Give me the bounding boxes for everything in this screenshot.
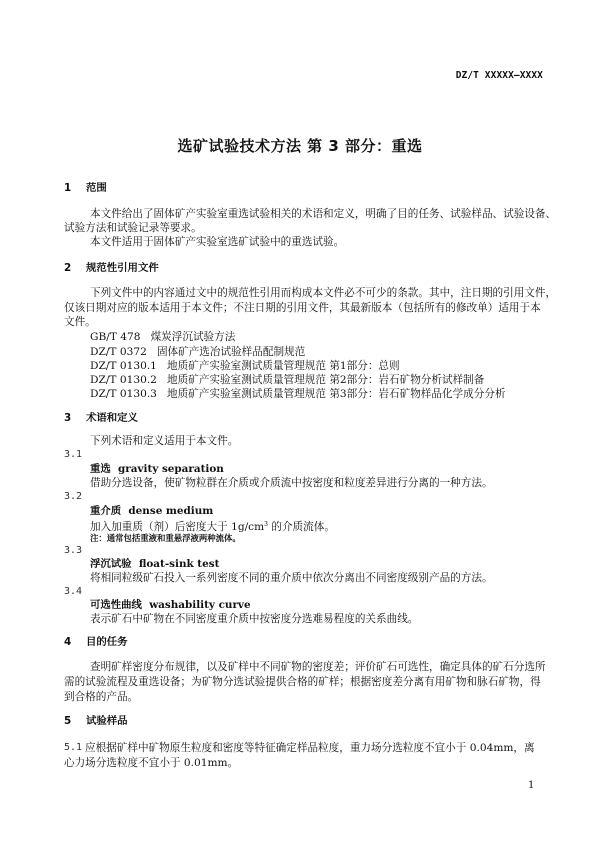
reference-title: 地质矿产实验室测试质量管理规范 第2部分：岩石矿物分析试样制备 [167, 374, 484, 386]
clause-number: 5.1 [64, 741, 82, 755]
section-4-heading: 4目的任务 [64, 635, 128, 649]
reference-code: GB/T 478 [90, 331, 140, 343]
section-title: 术语和定义 [86, 412, 138, 424]
paragraph-line: 查明矿样密度分布规律，以及矿样中不同矿物的密度差；评价矿石可选性，确定具体的矿石… [90, 660, 546, 674]
section-2-heading: 2规范性引用文件 [64, 261, 159, 275]
paragraph-line: 心力场分选粒度不宜小于 0.01mm。 [64, 756, 238, 770]
term-heading: 浮沉试验 float-sink test [90, 557, 219, 571]
term-note: 注：通常包括重液和重悬浮液两种流体。 [90, 531, 241, 545]
section-3-heading: 3术语和定义 [64, 411, 138, 425]
section-number: 3 [64, 411, 86, 425]
section-title: 范围 [86, 182, 107, 194]
reference-item: DZ/T 0372 固体矿产选冶试验样品配制规范 [90, 345, 305, 359]
reference-item: DZ/T 0130.1 地质矿产实验室测试质量管理规范 第1部分：总则 [90, 359, 400, 373]
reference-item: DZ/T 0130.2 地质矿产实验室测试质量管理规范 第2部分：岩石矿物分析试… [90, 373, 484, 387]
clause-number: 3.2 [64, 490, 82, 504]
term-heading: 重选 gravity separation [90, 462, 224, 476]
term-english: dense medium [128, 505, 213, 517]
reference-item: DZ/T 0130.3 地质矿产实验室测试质量管理规范 第3部分：岩石矿物样品化… [90, 387, 506, 401]
term-chinese: 重选 [90, 463, 111, 475]
section-title: 试验样品 [86, 715, 128, 727]
term-definition: 借助分选设备，使矿物粒群在介质或介质流中按密度和粒度差异进行分离的一种方法。 [90, 476, 493, 490]
reference-title: 煤炭浮沉试验方法 [151, 331, 236, 343]
section-title: 目的任务 [86, 636, 128, 648]
section-title: 规范性引用文件 [86, 262, 159, 274]
paragraph-line: 下列文件中的内容通过文中的规范性引用而构成本文件必不可少的条款。其中，注日期的引… [90, 286, 556, 300]
paragraph-line: 到合格的产品。 [64, 690, 138, 704]
reference-title: 固体矿产选冶试验样品配制规范 [157, 346, 305, 358]
paragraph-line: 下列术语和定义适用于本文件。 [90, 434, 238, 448]
paragraph-line: 需的试验流程及重选设备；为矿物分选试验提供合格的矿样；根据密度差分离有用矿物和脉… [64, 675, 541, 689]
paragraph-line: 试验方法和试验记录等要求。 [64, 221, 202, 235]
term-chinese: 浮沉试验 [90, 558, 132, 570]
reference-title: 地质矿产实验室测试质量管理规范 第1部分：总则 [167, 360, 400, 372]
term-heading: 重介质 dense medium [90, 504, 213, 518]
term-english: washability curve [149, 599, 250, 611]
definition-text: 的介质流体。 [268, 521, 335, 533]
section-1-heading: 1范围 [64, 181, 107, 195]
reference-code: DZ/T 0130.3 [90, 388, 157, 400]
reference-code: DZ/T 0372 [90, 346, 147, 358]
clause-number: 3.3 [64, 544, 82, 558]
term-heading: 可选性曲线 washability curve [90, 598, 251, 612]
clause-number: 3.4 [64, 585, 82, 599]
document-title: 选矿试验技术方法 第 3 部分：重选 [0, 135, 600, 156]
term-english: gravity separation [118, 463, 224, 475]
term-definition: 将相同粒级矿石投入一系列密度不同的重介质中依次分离出不同密度级别产品的方法。 [90, 571, 493, 585]
reference-item: GB/T 478 煤炭浮沉试验方法 [90, 330, 235, 344]
section-5-heading: 5试验样品 [64, 714, 128, 728]
clause-number: 3.1 [64, 448, 82, 462]
paragraph-line: 应根据矿样中矿物原生粒度和密度等特征确定样品粒度，重力场分选粒度不宜小于 0.0… [85, 741, 535, 755]
document-code-header: DZ/T XXXXX—XXXX [456, 70, 543, 81]
term-definition: 表示矿石中矿物在不同密度重介质中按密度分选难易程度的关系曲线。 [90, 612, 418, 626]
paragraph-line: 仅该日期对应的版本适用于本文件；不注日期的引用文件，其最新版本（包括所有的修改单… [64, 301, 541, 315]
reference-code: DZ/T 0130.1 [90, 360, 157, 372]
section-number: 4 [64, 635, 86, 649]
section-number: 5 [64, 714, 86, 728]
section-number: 2 [64, 261, 86, 275]
paragraph-line: 本文件给出了固体矿产实验室重选试验相关的术语和定义，明确了目的任务、试验样品、试… [90, 207, 556, 221]
term-chinese: 重介质 [90, 505, 121, 517]
section-number: 1 [64, 181, 86, 195]
term-chinese: 可选性曲线 [90, 599, 142, 611]
paragraph-line: 文件。 [64, 315, 96, 329]
page-number: 1 [528, 780, 534, 791]
reference-title: 地质矿产实验室测试质量管理规范 第3部分：岩石矿物样品化学成分分析 [167, 388, 506, 400]
paragraph-line: 本文件适用于固体矿产实验室选矿试验中的重选试验。 [90, 235, 344, 249]
term-english: float-sink test [139, 558, 220, 570]
reference-code: DZ/T 0130.2 [90, 374, 157, 386]
